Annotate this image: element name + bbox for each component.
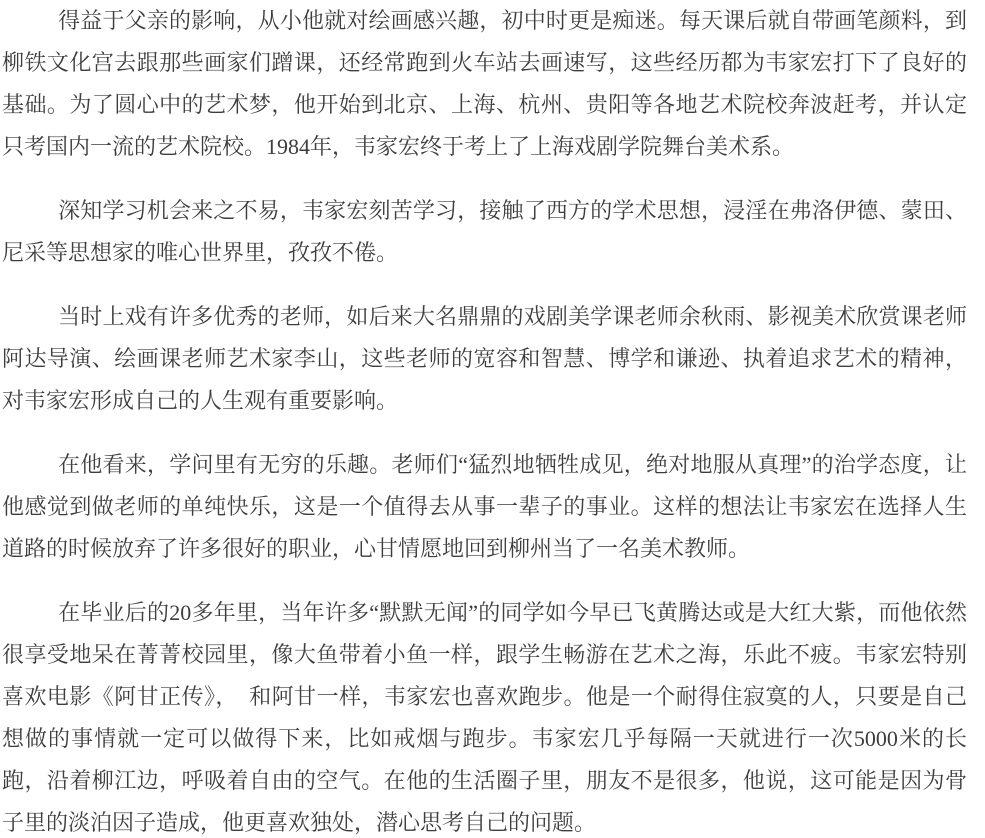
paragraph-scholarly-attitude: 在他看来，学问里有无穷的乐趣。老师们“猛烈地牺牲成见，绝对地服从真理”的治学态度… xyxy=(2,444,967,570)
paragraph-childhood-influence: 得益于父亲的影响，从小他就对绘画感兴趣，初中时更是痴迷。每天课后就自带画笔颜料，… xyxy=(2,0,967,168)
article-body: 得益于父亲的影响，从小他就对绘画感兴趣，初中时更是痴迷。每天课后就自带画笔颜料，… xyxy=(0,0,985,838)
paragraph-studying-hard: 深知学习机会来之不易，韦家宏刻苦学习，接触了西方的学术思想，浸淫在弗洛伊德、蒙田… xyxy=(2,190,967,274)
paragraph-after-graduation: 在毕业后的20多年里，当年许多“默默无闻”的同学如今早已飞黄腾达或是大红大紫，而… xyxy=(2,592,967,838)
paragraph-teachers: 当时上戏有许多优秀的老师，如后来大名鼎鼎的戏剧美学课老师余秋雨、影视美术欣赏课老… xyxy=(2,296,967,422)
